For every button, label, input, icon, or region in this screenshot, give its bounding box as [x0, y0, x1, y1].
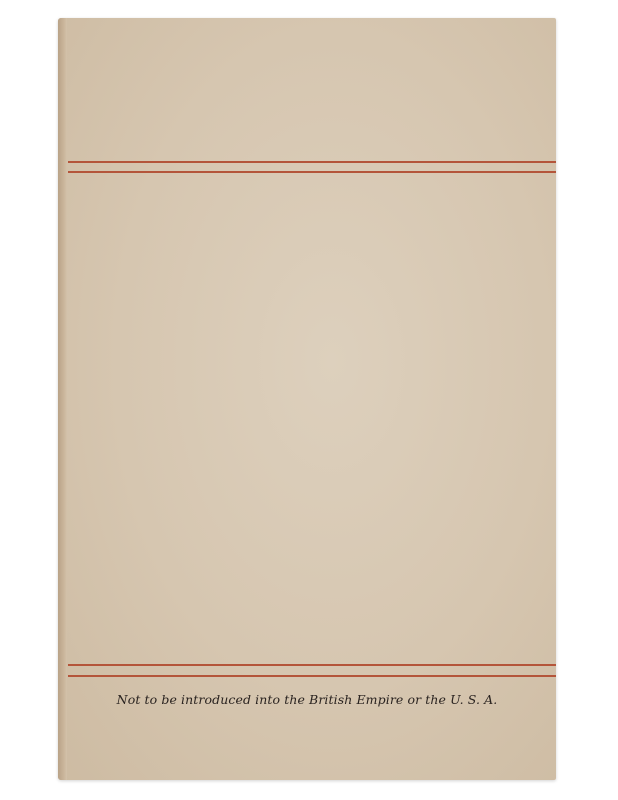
- book-spine-edge: [58, 18, 67, 780]
- top-rule-upper: [68, 161, 556, 163]
- distribution-notice: Not to be introduced into the British Em…: [58, 692, 556, 707]
- book-back-cover: Not to be introduced into the British Em…: [58, 18, 556, 780]
- top-rule-lower: [68, 171, 556, 173]
- bottom-rule-upper: [68, 664, 556, 666]
- bottom-rule-lower: [68, 675, 556, 677]
